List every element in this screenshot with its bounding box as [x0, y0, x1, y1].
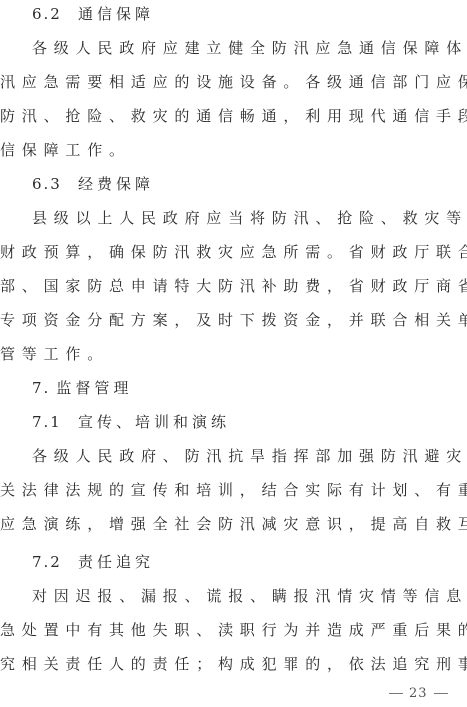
section-heading-7-1: 7.1宣传、培训和演练 — [32, 412, 467, 432]
section-title: 宣传、培训和演练 — [78, 413, 230, 431]
section-title: 监督管理 — [56, 379, 132, 397]
paragraph-line: 各级人民政府、防汛抗旱指挥部加强防汛避灾减灾知识及相 — [32, 446, 467, 466]
paragraph-line: 对因迟报、漏报、谎报、瞒报汛情灾情等信息，或在防汛应 — [32, 586, 467, 606]
paragraph-line: 专项资金分配方案，及时下拨资金，并联合相关单位做好资金监 — [0, 310, 467, 330]
page-number: 23 — [409, 686, 428, 701]
paragraph-line: 汛应急需要相适应的设施设备。各级通信部门应保障紧急状态下 — [0, 72, 467, 92]
page-number-footer: 23 — [383, 686, 454, 701]
document-page: 6.2通信保障 各级人民政府应建立健全防汛应急通信保障体系，配备与防 汛应急需要… — [0, 0, 467, 707]
section-title: 通信保障 — [78, 5, 154, 23]
paragraph-line: 急处置中有其他失职、渎职行为并造成严重后果的，依法依规追 — [0, 620, 467, 640]
section-heading-6-3: 6.3经费保障 — [32, 174, 467, 194]
paragraph-line: 信保障工作。 — [0, 140, 467, 160]
section-number: 6.2 — [32, 4, 78, 24]
paragraph-line: 财政预算，确保防汛救灾应急所需。省财政厅联合省防指向财政 — [0, 242, 467, 262]
section-heading-6-2: 6.2通信保障 — [32, 4, 467, 24]
section-title: 责任追究 — [78, 553, 154, 571]
section-heading-7: 7.监督管理 — [32, 378, 467, 398]
paragraph-line: 关法律法规的宣传和培训，结合实际有计划、有重点地组织开展 — [0, 480, 467, 500]
section-number: 7. — [32, 379, 50, 397]
section-number: 7.2 — [32, 552, 78, 572]
section-title: 经费保障 — [78, 175, 154, 193]
paragraph-line: 部、国家防总申请特大防汛补助费，省财政厅商省防办提出防汛 — [0, 276, 467, 296]
paragraph-line: 究相关责任人的责任；构成犯罪的，依法追究刑事责任。 — [0, 654, 467, 674]
dash-right — [434, 693, 448, 694]
paragraph-line: 各级人民政府应建立健全防汛应急通信保障体系，配备与防 — [32, 38, 467, 58]
paragraph-line: 应急演练，增强全社会防汛减灾意识，提高自救互救能力。 — [0, 514, 467, 534]
section-number: 6.3 — [32, 174, 78, 194]
paragraph-line: 县级以上人民政府应当将防汛、抢险、救灾等经费纳入地方 — [32, 208, 467, 228]
paragraph-line: 防汛、抢险、救灾的通信畅通，利用现代通信手段，做好防汛通 — [0, 106, 467, 126]
paragraph-line: 管等工作。 — [0, 344, 467, 364]
dash-left — [389, 693, 403, 694]
section-number: 7.1 — [32, 412, 78, 432]
section-heading-7-2: 7.2责任追究 — [32, 552, 467, 572]
